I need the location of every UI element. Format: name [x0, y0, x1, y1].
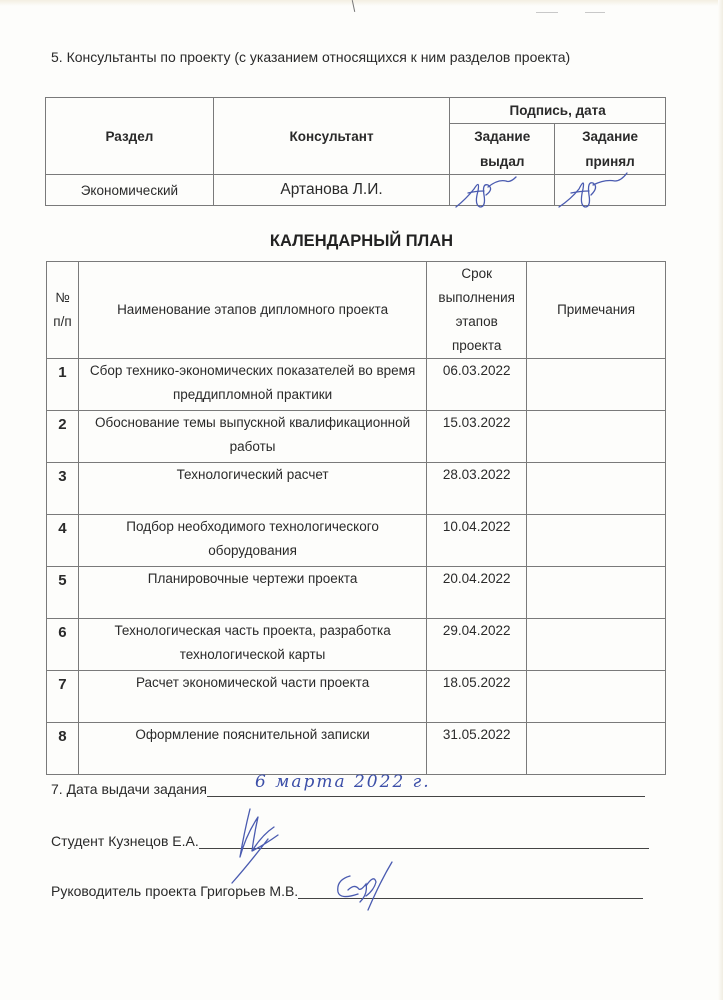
signature-icon [557, 167, 642, 211]
student-signature-icon [228, 805, 298, 885]
cell-deadline: 28.03.2022 [427, 463, 527, 515]
header-section: Раздел [46, 98, 214, 175]
header-deadline: Сроквыполненияэтаповпроекта [427, 262, 527, 359]
cell-notes [527, 463, 666, 515]
cell-num: 4 [47, 515, 79, 567]
calendar-plan-title: КАЛЕНДАРНЫЙ ПЛАН [0, 232, 723, 251]
cell-deadline: 29.04.2022 [427, 619, 527, 671]
cell-stage-name: Сбор технико-экономических показателей в… [78, 359, 426, 411]
table-row: Экономический Артанова Л.И. [46, 175, 666, 206]
cell-num: 3 [47, 463, 79, 515]
cell-issued-signature [450, 175, 555, 206]
table-row: 7Расчет экономической части проекта18.05… [47, 671, 666, 723]
cell-num: 5 [47, 567, 79, 619]
scan-artifact [536, 12, 558, 13]
supervisor-signature-icon [330, 860, 410, 920]
cell-stage-name: Оформление пояснительной записки [78, 723, 426, 775]
table-row: 2Обоснование темы выпускной квалификацио… [47, 411, 666, 463]
cell-stage-name: Планировочные чертежи проекта [78, 567, 426, 619]
table-row: 1Сбор технико-экономических показателей … [47, 359, 666, 411]
cell-notes [527, 411, 666, 463]
header-notes: Примечания [527, 262, 666, 359]
supervisor-label: Руководитель проекта Григорьев М.В. [51, 883, 298, 899]
scan-edge [0, 0, 723, 6]
signature-icon [454, 169, 534, 211]
cell-stage-name: Подбор необходимого технологического обо… [78, 515, 426, 567]
cell-num: 6 [47, 619, 79, 671]
cell-num: 7 [47, 671, 79, 723]
cell-stage-name: Обоснование темы выпускной квалификацион… [78, 411, 426, 463]
student-line: Студент Кузнецов Е.А. [51, 832, 649, 849]
cell-section: Экономический [46, 175, 214, 206]
consultants-section-title: 5. Консультанты по проекту (с указанием … [51, 49, 570, 65]
cell-stage-name: Технологический расчет [78, 463, 426, 515]
cell-deadline: 31.05.2022 [427, 723, 527, 775]
scan-artifact [585, 12, 605, 13]
student-label: Студент Кузнецов Е.А. [51, 833, 199, 849]
table-row: 6Технологическая часть проекта, разработ… [47, 619, 666, 671]
header-task-issued: Заданиевыдал [450, 124, 555, 175]
issue-date-handwritten: 6 марта 2022 г. [255, 772, 431, 792]
cell-deadline: 06.03.2022 [427, 359, 527, 411]
table-row: 3Технологический расчет28.03.2022 [47, 463, 666, 515]
cell-consultant: Артанова Л.И. [213, 175, 450, 206]
header-signature-date: Подпись, дата [450, 98, 666, 124]
cell-num: 8 [47, 723, 79, 775]
table-row: 8Оформление пояснительной записки31.05.2… [47, 723, 666, 775]
header-stage-name: Наименование этапов дипломного проекта [78, 262, 426, 359]
cell-notes [527, 723, 666, 775]
cell-accepted-signature [555, 175, 666, 206]
header-num: №п/п [47, 262, 79, 359]
table-row: 4Подбор необходимого технологического об… [47, 515, 666, 567]
issue-date-label: 7. Дата выдачи задания [51, 781, 207, 797]
cell-notes [527, 671, 666, 723]
cell-num: 1 [47, 359, 79, 411]
scan-edge [718, 0, 723, 1000]
cell-num: 2 [47, 411, 79, 463]
cell-notes [527, 567, 666, 619]
cell-deadline: 15.03.2022 [427, 411, 527, 463]
cell-stage-name: Технологическая часть проекта, разработк… [78, 619, 426, 671]
header-consultant: Консультант [213, 98, 450, 175]
cell-stage-name: Расчет экономической части проекта [78, 671, 426, 723]
cell-deadline: 20.04.2022 [427, 567, 527, 619]
consultants-table: Раздел Консультант Подпись, дата Задание… [45, 97, 666, 206]
cell-notes [527, 515, 666, 567]
cell-notes [527, 619, 666, 671]
calendar-plan-table: №п/п Наименование этапов дипломного прое… [46, 261, 666, 775]
cell-notes [527, 359, 666, 411]
cell-deadline: 10.04.2022 [427, 515, 527, 567]
cell-deadline: 18.05.2022 [427, 671, 527, 723]
table-row: 5Планировочные чертежи проекта20.04.2022 [47, 567, 666, 619]
